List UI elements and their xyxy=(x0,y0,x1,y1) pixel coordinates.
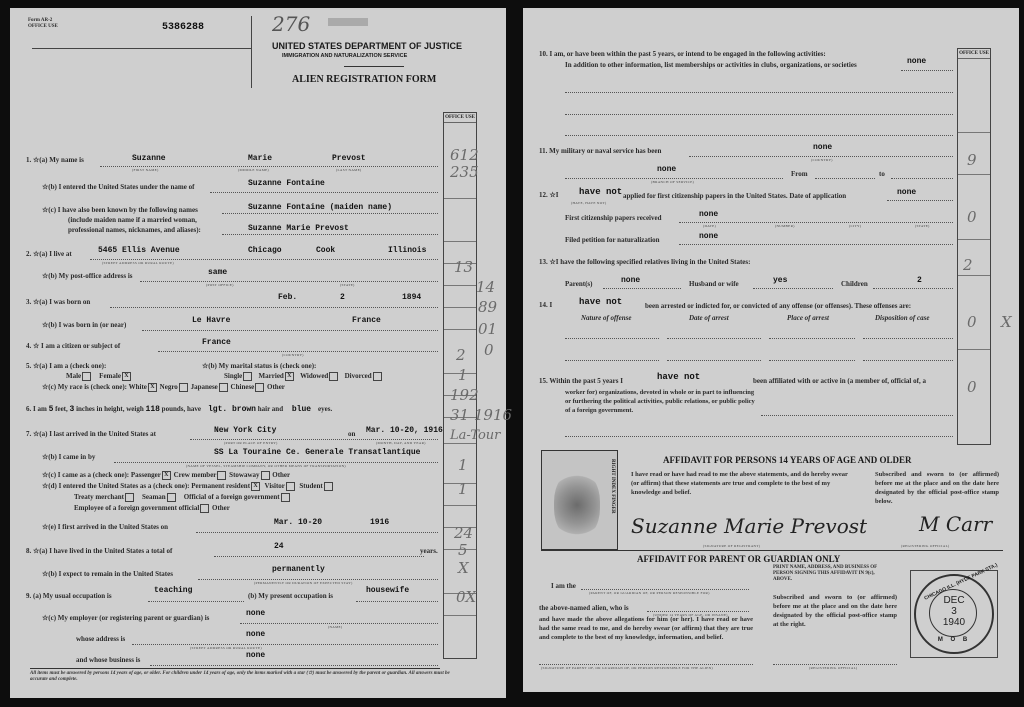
q13-label: 13. ☆I have the following specified rela… xyxy=(539,258,750,266)
caption: (CITY) xyxy=(849,224,861,228)
office-mark: X xyxy=(458,559,469,577)
q7d-label: ☆(d) I entered the United States as a (c… xyxy=(42,482,190,490)
employer-address[interactable]: none xyxy=(246,630,265,639)
q9d-label: whose address is xyxy=(76,635,125,643)
handwritten-ref: 276 xyxy=(272,12,310,36)
street-address[interactable]: 5465 Ellis Avenue xyxy=(98,246,180,255)
q15-continuation: worker for) organizations, devoted in wh… xyxy=(565,388,761,415)
military-branch[interactable]: none xyxy=(657,165,676,174)
q5c-label: ☆(c) My race is (check one): xyxy=(42,383,127,391)
footer-note: All items must be answered by persons 14… xyxy=(30,671,450,683)
q5b-label: ☆(b) My marital status is (check one): xyxy=(202,362,316,370)
office-mark: X xyxy=(1001,313,1012,331)
option-single: Single xyxy=(224,372,242,380)
office-mark: 89 xyxy=(478,298,497,316)
fingerprint-box: RIGHT INDEX FINGER xyxy=(541,450,618,550)
i-am-label: I am the xyxy=(551,582,576,590)
citizenship-applied[interactable]: have not xyxy=(579,187,622,197)
caption: (PORT OR PLACE OF ENTRY) xyxy=(224,441,278,445)
q15-label: 15. Within the past 5 years I xyxy=(539,377,623,385)
years-in-us[interactable]: 24 xyxy=(274,542,284,551)
affidavit-guardian-text: and have made the above allegations for … xyxy=(539,615,753,642)
office-mark: 0 xyxy=(967,313,977,331)
redaction xyxy=(328,18,368,26)
affidavit-adult-text: I have read or have had read to me the a… xyxy=(631,470,855,497)
fingerprint-label: RIGHT INDEX FINGER xyxy=(610,459,615,514)
office-mark: 1 xyxy=(458,366,468,384)
option-female: Female xyxy=(99,372,121,380)
office-mark: 2 xyxy=(456,346,466,364)
affiliated[interactable]: have not xyxy=(657,372,700,382)
q6-label: 6. I am xyxy=(26,405,47,413)
right-page: OFFICE USE 9 0 2 0 X 0 10. I am, or have… xyxy=(523,8,1019,692)
state[interactable]: Illinois xyxy=(388,246,426,255)
option-chinese: Chinese xyxy=(231,383,255,391)
caption: (PERMANENTLY OR DURATION OF EXPECTED STA… xyxy=(254,581,353,585)
office-mark: 5 xyxy=(458,541,468,559)
affidavit-guardian-sworn: Subscribed and sworn to (or affirmed) be… xyxy=(773,593,897,629)
print-note: PRINT NAME, ADDRESS, AND BUSINESS OF PER… xyxy=(773,565,893,583)
q7b-label: ☆(b) I came in by xyxy=(42,453,95,461)
option-crew: Crew member xyxy=(174,471,217,479)
office-mark: 1 xyxy=(458,480,468,498)
option-official: Official of a foreign government xyxy=(184,493,280,501)
employer[interactable]: none xyxy=(246,609,265,618)
race-row: ☆(c) My race is (check one): WhiteX Negr… xyxy=(42,383,285,392)
q2a-label: 2. ☆(a) I live at xyxy=(26,250,72,258)
height-feet[interactable]: 5 xyxy=(49,405,54,414)
affidavit-adult-title: AFFIDAVIT FOR PERSONS 14 YEARS OF AGE AN… xyxy=(663,455,912,465)
county[interactable]: Cook xyxy=(316,246,335,255)
checkbox-treaty-merchant[interactable] xyxy=(125,493,134,502)
office-mark: 0 xyxy=(967,208,977,226)
marital-options: Single MarriedX Widowed Divorced xyxy=(224,372,383,381)
military-service[interactable]: none xyxy=(813,143,832,152)
caption: (STATE) xyxy=(915,224,930,228)
first-arrival-year[interactable]: 1916 xyxy=(370,518,389,527)
q15-label-post: been affiliated with or active in (a mem… xyxy=(753,377,926,385)
q1c-label-2: (include maiden name if a married woman, xyxy=(68,216,197,224)
office-mark: 0 xyxy=(484,341,494,359)
usual-occupation[interactable]: teaching xyxy=(154,586,192,595)
caption: (SIGNATURE OF PARENT OF, OR GUARDIAN OF,… xyxy=(541,666,713,670)
col-disposition: Disposition of case xyxy=(875,314,929,322)
checkbox-seaman[interactable] xyxy=(167,493,176,502)
option-employee-official: Employee of a foreign government officia… xyxy=(74,504,199,512)
birth-city[interactable]: Le Havre xyxy=(192,316,230,325)
height-inches[interactable]: 3 xyxy=(70,405,75,414)
option-permanent-resident: Permanent resident xyxy=(191,482,250,490)
option-student: Student xyxy=(299,482,322,490)
checkbox-stowaway[interactable] xyxy=(261,471,270,480)
postmark-month: DEC xyxy=(911,595,997,606)
option-widowed: Widowed xyxy=(300,372,328,380)
caption: (PARENT OF, OR GUARDIAN OF, OR PERSON RE… xyxy=(589,591,710,595)
col-nature: Nature of offense xyxy=(581,314,631,322)
inches-label: inches in height, weigh xyxy=(76,405,144,413)
birth-day[interactable]: 2 xyxy=(340,293,345,302)
fingerprint-impression xyxy=(554,471,600,539)
to-label: to xyxy=(879,170,885,178)
checkbox-white[interactable]: X xyxy=(148,383,157,392)
option-other: Other xyxy=(267,383,285,391)
stamp-area-side-rule xyxy=(251,16,252,88)
q1c-label-3: professional names, nicknames, and alias… xyxy=(68,226,201,234)
q14-label-post: been arrested or indicted for, or convic… xyxy=(645,302,911,310)
post-office-address[interactable]: same xyxy=(208,268,227,277)
eye-color[interactable]: blue xyxy=(292,405,311,414)
caption: (STATE) xyxy=(340,283,355,287)
caption: (MIDDLE NAME) xyxy=(238,168,269,172)
q9b-label: (b) My present occupation is xyxy=(248,592,333,600)
came-as-row: ☆(c) I came as a (check one): PassengerX… xyxy=(42,471,290,480)
caption: (BRANCH OF SERVICE) xyxy=(651,180,694,184)
checkbox-married[interactable]: X xyxy=(285,372,294,381)
caption: (NAME OF VESSEL, STEAMSHIP COMPANY, OR O… xyxy=(186,464,346,468)
arrival-port[interactable]: New York City xyxy=(214,426,276,435)
office-mark: 1 xyxy=(458,456,468,474)
memberships[interactable]: none xyxy=(907,57,926,66)
middle-name[interactable]: Marie xyxy=(248,154,272,163)
parents[interactable]: none xyxy=(621,276,640,285)
caption: (LAST NAME) xyxy=(336,168,362,172)
checkbox-student[interactable] xyxy=(324,482,333,491)
checkbox-official[interactable] xyxy=(281,493,290,502)
q5a-label: 5. ☆(a) I am a (check one): xyxy=(26,362,106,370)
option-treaty-merchant: Treaty merchant xyxy=(74,493,124,501)
caption: (REGISTERING OFFICIAL) xyxy=(809,666,858,670)
q8a-label: 8. ☆(a) I have lived in the United State… xyxy=(26,547,172,555)
caption: (POST OFFICE) xyxy=(206,283,234,287)
checkbox-chinese[interactable] xyxy=(255,383,264,392)
application-date[interactable]: none xyxy=(897,188,916,197)
option-stowaway: Stowaway xyxy=(229,471,259,479)
checkbox-male[interactable] xyxy=(82,372,91,381)
caption: (NAME) xyxy=(328,625,342,629)
parents-label: Parent(s) xyxy=(565,280,592,288)
weight[interactable]: 118 xyxy=(146,405,160,414)
option-passenger: Passenger xyxy=(131,471,161,479)
alias-1[interactable]: Suzanne Fontaine (maiden name) xyxy=(248,203,392,212)
office-use-tag: OFFICE USE xyxy=(28,24,58,29)
alien-who-label: the above-named alien, who is xyxy=(539,604,629,612)
expected-stay[interactable]: permanently xyxy=(272,565,325,574)
postmark-date: DEC 3 1940 xyxy=(911,595,997,628)
entered-as-row-3: Employee of a foreign government officia… xyxy=(74,504,230,513)
office-mark: 612 xyxy=(450,146,479,164)
children[interactable]: 2 xyxy=(917,276,922,285)
caption: (MONTH, DAY, AND YEAR) xyxy=(376,441,426,445)
checkbox-single[interactable] xyxy=(243,372,252,381)
office-mark: 14 xyxy=(476,278,495,296)
caption: (DATE) xyxy=(703,224,716,228)
q12-label: 12. ☆I xyxy=(539,191,559,199)
q10-sub: In addition to other information, list m… xyxy=(565,61,857,69)
sex-options: Male FemaleX xyxy=(66,372,132,381)
checkbox-permanent-resident[interactable]: X xyxy=(251,482,260,491)
office-mark: 01 xyxy=(478,320,497,338)
option-married: Married xyxy=(259,372,284,380)
q3b-label: ☆(b) I was born in (or near) xyxy=(42,321,126,329)
from-label: From xyxy=(791,170,808,178)
spouse[interactable]: yes xyxy=(773,276,787,285)
option-divorced: Divorced xyxy=(345,372,372,380)
q7a-label: 7. ☆(a) I last arrived in the United Sta… xyxy=(26,430,156,438)
children-label: Children xyxy=(841,280,868,288)
petition-label: Filed petition for naturalization xyxy=(565,236,660,244)
last-name[interactable]: Prevost xyxy=(332,154,366,163)
q9a-label: 9. (a) My usual occupation is xyxy=(26,592,112,600)
alias-2[interactable]: Suzanne Marie Prevost xyxy=(248,224,349,233)
entered-as-row: ☆(d) I entered the United States as a (c… xyxy=(42,482,334,491)
affidavit-adult-sworn: Subscribed and sworn to (or affirmed) be… xyxy=(875,470,999,506)
checkbox-widowed[interactable] xyxy=(329,372,338,381)
checkbox-divorced[interactable] xyxy=(373,372,382,381)
checkbox-passenger[interactable]: X xyxy=(162,471,171,480)
hair-label: hair and xyxy=(258,405,283,413)
department-title: UNITED STATES DEPARTMENT OF JUSTICE xyxy=(272,41,462,51)
option-visitor: Visitor xyxy=(265,482,285,490)
city[interactable]: Chicago xyxy=(248,246,282,255)
q1b-label: ☆(b) I entered the United States under t… xyxy=(42,183,194,191)
affidavit-guardian-title: AFFIDAVIT FOR PARENT OR GUARDIAN ONLY xyxy=(637,554,840,564)
eyes-label: eyes. xyxy=(318,405,332,413)
q2b-label: ☆(b) My post-office address is xyxy=(42,272,133,280)
weight-label: pounds, have xyxy=(162,405,201,413)
office-mark: 13 xyxy=(454,258,473,276)
left-page: Form AR-2 OFFICE USE 5386288 276 UNITED … xyxy=(10,8,506,698)
q12-label-post: applied for first citizenship papers in … xyxy=(623,192,846,200)
col-date: Date of arrest xyxy=(689,314,729,322)
q7c-label: ☆(c) I came as a (check one): xyxy=(42,471,129,479)
affidavit-rule xyxy=(541,550,1003,551)
arrested[interactable]: have not xyxy=(579,297,622,307)
registration-number: 5386288 xyxy=(162,22,204,33)
postmark-station: M O B xyxy=(911,637,997,643)
stamp-area-bottom-rule xyxy=(32,48,252,49)
checkbox-female[interactable]: X xyxy=(122,372,131,381)
postmark-box: CHICAGO ILL. (HYDE PARK STA.) DEC 3 1940… xyxy=(910,570,998,658)
on-label: on xyxy=(348,430,355,438)
q9c-label: ☆(c) My employer (or registering parent … xyxy=(42,614,209,622)
employer-business[interactable]: none xyxy=(246,651,265,660)
caption: (REGISTERING OFFICIAL) xyxy=(901,544,950,548)
checkbox-employee-official[interactable] xyxy=(200,504,209,513)
caption: (NUMBER) xyxy=(775,224,795,228)
q1a-label: 1. ☆(a) My name is xyxy=(26,156,84,164)
office-use-header: OFFICE USE xyxy=(958,49,990,59)
office-use-header: OFFICE USE xyxy=(444,113,476,123)
checkbox-crew[interactable] xyxy=(217,471,226,480)
entered-as-row-2: Treaty merchant Seaman Official of a for… xyxy=(74,493,291,502)
first-papers-label: First citizenship papers received xyxy=(565,214,662,222)
col-place: Place of arrest xyxy=(787,314,829,322)
first-papers[interactable]: none xyxy=(699,210,718,219)
postmark-year: 1940 xyxy=(911,617,997,628)
option-japanese: Japanese xyxy=(191,383,218,391)
office-mark: 0X xyxy=(456,588,476,606)
option-male: Male xyxy=(66,372,81,380)
q3a-label: 3. ☆(a) I was born on xyxy=(26,298,90,306)
postmark-day: 3 xyxy=(911,606,997,617)
birth-country[interactable]: France xyxy=(352,316,381,325)
q4-label: 4. ☆ I am a citizen or subject of xyxy=(26,342,120,350)
option-white: White xyxy=(129,383,147,391)
q11-label: 11. My military or naval service has bee… xyxy=(539,147,661,155)
office-mark: 0 xyxy=(967,378,977,396)
naturalization-petition[interactable]: none xyxy=(699,232,718,241)
option-negro: Negro xyxy=(160,383,178,391)
caption: (STREET ADDRESS OR RURAL ROUTE) xyxy=(190,646,262,650)
form-title: ALIEN REGISTRATION FORM xyxy=(292,74,436,85)
service-title: IMMIGRATION AND NATURALIZATION SERVICE xyxy=(282,53,407,59)
first-name[interactable]: Suzanne xyxy=(132,154,166,163)
birth-month[interactable]: Feb. xyxy=(278,293,297,302)
birth-year[interactable]: 1894 xyxy=(402,293,421,302)
checkbox-visitor[interactable] xyxy=(286,482,295,491)
caption: (COUNTRY) xyxy=(282,353,304,357)
office-mark: 2 xyxy=(963,256,973,274)
citizenship[interactable]: France xyxy=(202,338,231,347)
q6-row: 6. I am 5 feet, 3 inches in height, weig… xyxy=(26,405,332,414)
checkbox-japanese[interactable] xyxy=(219,383,228,392)
feet-label: feet, xyxy=(55,405,68,413)
q7e-label: ☆(e) I first arrived in the United State… xyxy=(42,523,168,531)
first-arrival-date[interactable]: Mar. 10-20 xyxy=(274,518,322,527)
caption: (COUNTRY) xyxy=(811,158,833,162)
caption: (STREET ADDRESS OR RURAL ROUTE) xyxy=(102,261,174,265)
q10-label: 10. I am, or have been within the past 5… xyxy=(539,50,826,58)
footer-rule xyxy=(30,668,440,669)
entry-name[interactable]: Suzanne Fontaine xyxy=(248,179,325,188)
office-mark: 235 xyxy=(450,163,479,181)
office-mark: 9 xyxy=(967,151,977,169)
present-occupation[interactable]: housewife xyxy=(366,586,409,595)
arrival-date[interactable]: Mar. 10-20, 1916 xyxy=(366,426,443,435)
q8b-label: ☆(b) I expect to remain in the United St… xyxy=(42,570,173,578)
title-rule xyxy=(344,66,404,67)
caption: (SIGNATURE OF REGISTRANT) xyxy=(703,544,760,548)
spouse-label: Husband or wife xyxy=(689,280,739,288)
q9e-label: and whose business is xyxy=(76,656,140,664)
option-other: Other xyxy=(212,504,230,512)
checkbox-negro[interactable] xyxy=(179,383,188,392)
q14-label: 14. I xyxy=(539,301,552,309)
caption: (HAVE, HAVE NOT) xyxy=(571,201,607,205)
q1c-label: ☆(c) I have also been known by the follo… xyxy=(42,206,198,214)
years-label: years. xyxy=(420,547,438,555)
caption: (FIRST NAME) xyxy=(132,168,159,172)
office-mark: La-Tour xyxy=(450,428,500,443)
office-mark: 192 xyxy=(450,386,479,404)
official-signature: M Carr xyxy=(919,512,992,536)
vessel[interactable]: SS La Touraine Ce. Generale Transatlanti… xyxy=(214,448,420,457)
hair-color[interactable]: lgt. brown xyxy=(208,405,256,414)
office-mark: 24 xyxy=(454,524,473,542)
registrant-signature: Suzanne Marie Prevost xyxy=(631,514,867,538)
option-other: Other xyxy=(272,471,290,479)
office-mark: 31 1916 xyxy=(450,406,512,424)
option-seaman: Seaman xyxy=(142,493,166,501)
